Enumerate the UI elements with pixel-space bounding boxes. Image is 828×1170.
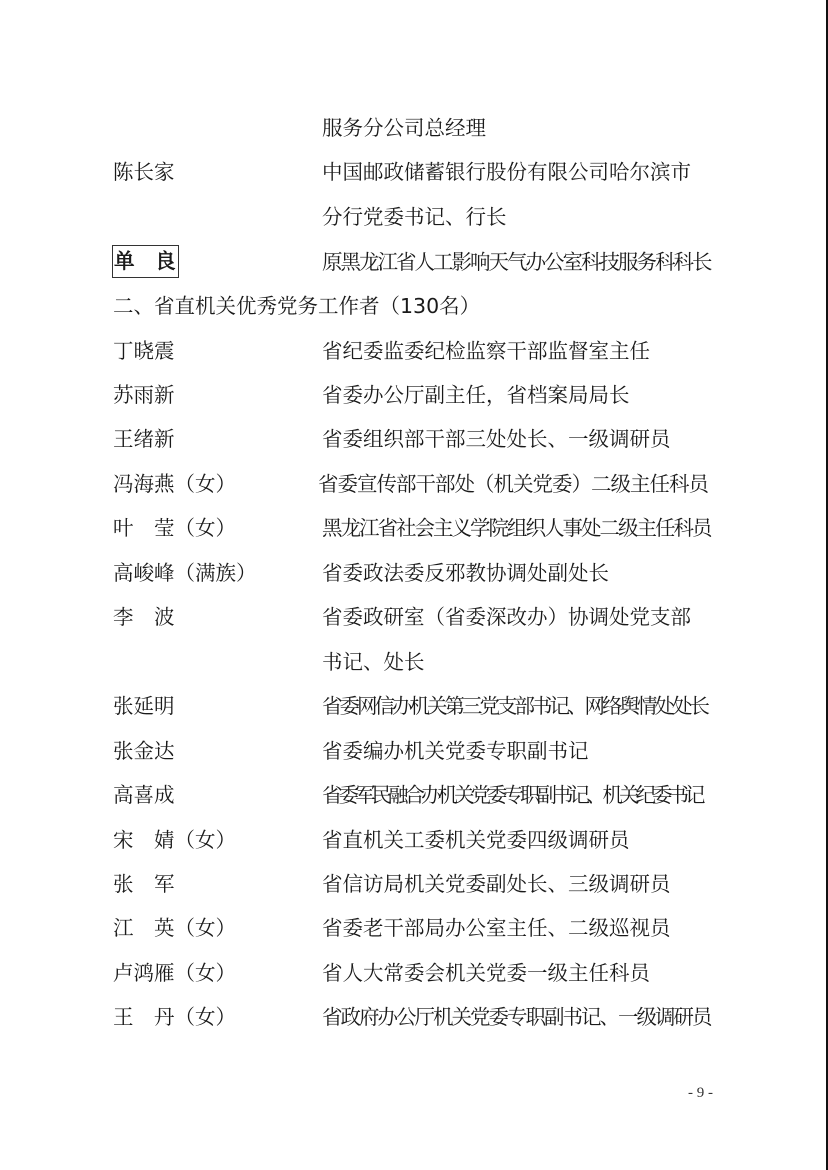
role-text: 原黑龙江省人工影响天气办公室科技服务科科长 <box>322 248 711 276</box>
role-text: 省委军民融合办机关党委专职副书记、机关纪委书记 <box>322 781 702 809</box>
role-text: 省委老干部局办公室主任、二级巡视员 <box>322 914 671 942</box>
name-text: 高峻峰（满族） <box>113 559 257 587</box>
name-text: 王绪新 <box>113 425 175 453</box>
name-text: 苏雨新 <box>113 381 175 409</box>
role-text: 省委网信办机关第三党支部书记、网络舆情处处长 <box>322 692 707 720</box>
name-text: 李 波 <box>113 603 175 631</box>
name-text: 冯海燕（女） <box>113 470 236 498</box>
name-text: 卢鸿雁（女） <box>113 959 236 987</box>
role-text: 分行党委书记、行长 <box>322 203 507 231</box>
role-text: 省委政法委反邪教协调处副处长 <box>322 559 609 587</box>
role-text: 省直机关工委机关党委四级调研员 <box>322 826 630 854</box>
name-text: 叶 莹（女） <box>113 514 236 542</box>
role-text: 中国邮政储蓄银行股份有限公司哈尔滨市 <box>322 158 691 186</box>
name-text: 张金达 <box>113 737 175 765</box>
name-text: 丁晓震 <box>113 337 175 365</box>
role-text: 省委办公厅副主任，省档案局局长 <box>322 381 630 409</box>
role-text: 黑龙江省社会主义学院组织人事处二级主任科员 <box>322 514 711 542</box>
name-text: 张 军 <box>113 870 175 898</box>
name-text: 张延明 <box>113 692 175 720</box>
role-text: 省信访局机关党委副处长、三级调研员 <box>322 870 671 898</box>
role-text: 书记、处长 <box>322 648 425 676</box>
role-text: 省人大常委会机关党委一级主任科员 <box>322 959 650 987</box>
name-text: 高喜成 <box>113 781 175 809</box>
section-heading: 二、省直机关优秀党务工作者（130名） <box>113 292 480 320</box>
role-text: 省政府办公厅机关党委专职副书记、一级调研员 <box>322 1003 711 1031</box>
role-text: 省委编办机关党委专职副书记 <box>322 737 589 765</box>
name-text: 王 丹（女） <box>113 1003 236 1031</box>
role-text: 省委政研室（省委深改办）协调处党支部 <box>322 603 691 631</box>
name-text: 宋 婧（女） <box>113 826 236 854</box>
boxed-name-text: 单 良 <box>112 245 179 278</box>
role-text: 省纪委监委纪检监察干部监督室主任 <box>322 337 650 365</box>
name-text: 陈长家 <box>113 158 175 186</box>
name-text: 江 英（女） <box>113 914 236 942</box>
role-text: 省委宣传部干部处（机关党委）二级主任科员 <box>318 470 708 498</box>
page-number: - 9 - <box>688 1085 713 1102</box>
role-text: 服务分公司总经理 <box>322 114 486 142</box>
role-text: 省委组织部干部三处处长、一级调研员 <box>322 425 671 453</box>
